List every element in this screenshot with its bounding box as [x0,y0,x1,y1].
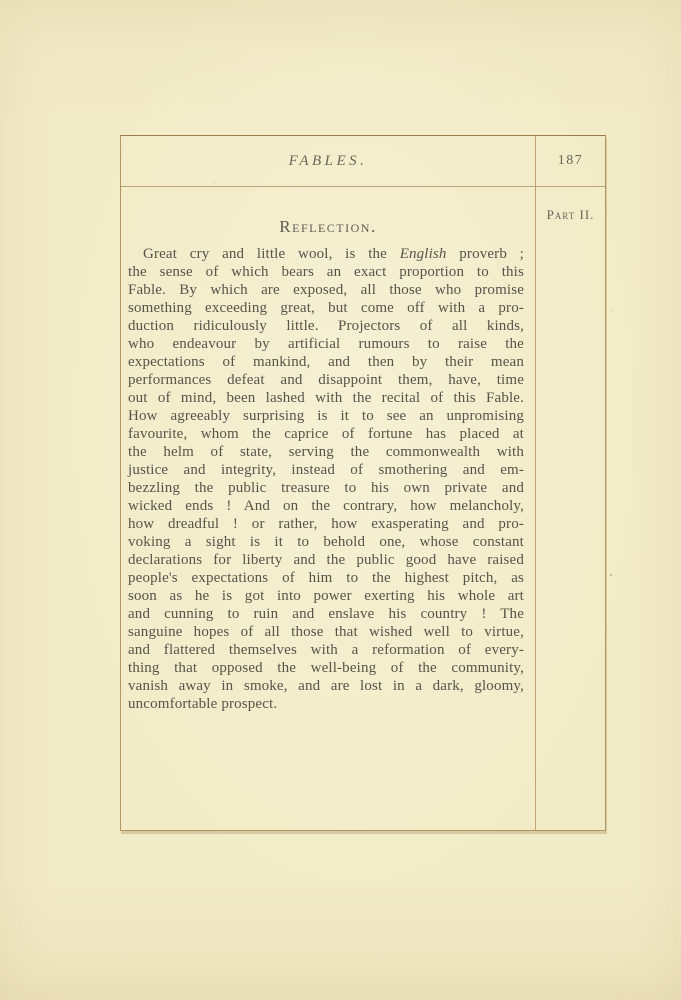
section-heading: Reflection. [121,217,535,237]
body-line: sanguine hopes of all those that wished … [128,623,524,641]
part-label: Part II. [536,207,605,223]
body-line: the helm of state, serving the commonwea… [128,443,524,461]
body-line: voking a sight is it to behold one, whos… [128,533,524,551]
page-frame: FABLES. 187 Reflection. Great cry and li… [120,135,606,831]
side-margin-column: Part II. [535,187,605,830]
body-line: uncomfortable prospect. [128,695,524,713]
scan-speck [611,310,613,311]
body-line: and cunning to ruin and enslave his coun… [128,605,524,623]
book-page-scan: FABLES. 187 Reflection. Great cry and li… [0,0,681,1000]
body-line: something exceeding great, but come off … [128,299,524,317]
body-line: Great cry and little wool, is the Englis… [128,245,524,263]
body-line: wicked ends ! And on the contrary, how m… [128,497,524,515]
body-line: declarations for liberty and the public … [128,551,524,569]
body-line: out of mind, been lashed with the recita… [128,389,524,407]
scan-speck [610,574,612,576]
header-page-number-cell: 187 [535,136,605,186]
main-text-column: Reflection. Great cry and little wool, i… [121,187,535,830]
body-line: people's expectations of him to the high… [128,569,524,587]
body-line: favourite, whom the caprice of fortune h… [128,425,524,443]
body-line: vanish away in smoke, and are lost in a … [128,677,524,695]
header-title-cell: FABLES. [121,136,535,186]
page-number: 187 [558,153,584,169]
body-line: who endeavour by artificial rumours to r… [128,335,524,353]
body-paragraph: Great cry and little wool, is the Englis… [121,245,535,713]
body-line: duction ridiculously little. Projectors … [128,317,524,335]
running-title: FABLES. [289,153,368,170]
body-line: expectations of mankind, and then by the… [128,353,524,371]
body-line: the sense of which bears an exact propor… [128,263,524,281]
body-line: How agreeably surprising is it to see an… [128,407,524,425]
page-header: FABLES. 187 [121,136,605,187]
page-body: Reflection. Great cry and little wool, i… [121,187,605,830]
body-line: thing that opposed the well-being of the… [128,659,524,677]
body-line: and flattered themselves with a reformat… [128,641,524,659]
body-line: justice and integrity, instead of smothe… [128,461,524,479]
scan-speck [214,182,217,183]
body-line: Fable. By which are exposed, all those w… [128,281,524,299]
body-line: bezzling the public treasure to his own … [128,479,524,497]
body-line: performances defeat and disappoint them,… [128,371,524,389]
body-line: soon as he is got into power exerting hi… [128,587,524,605]
body-line: how dreadful ! or rather, how exasperati… [128,515,524,533]
